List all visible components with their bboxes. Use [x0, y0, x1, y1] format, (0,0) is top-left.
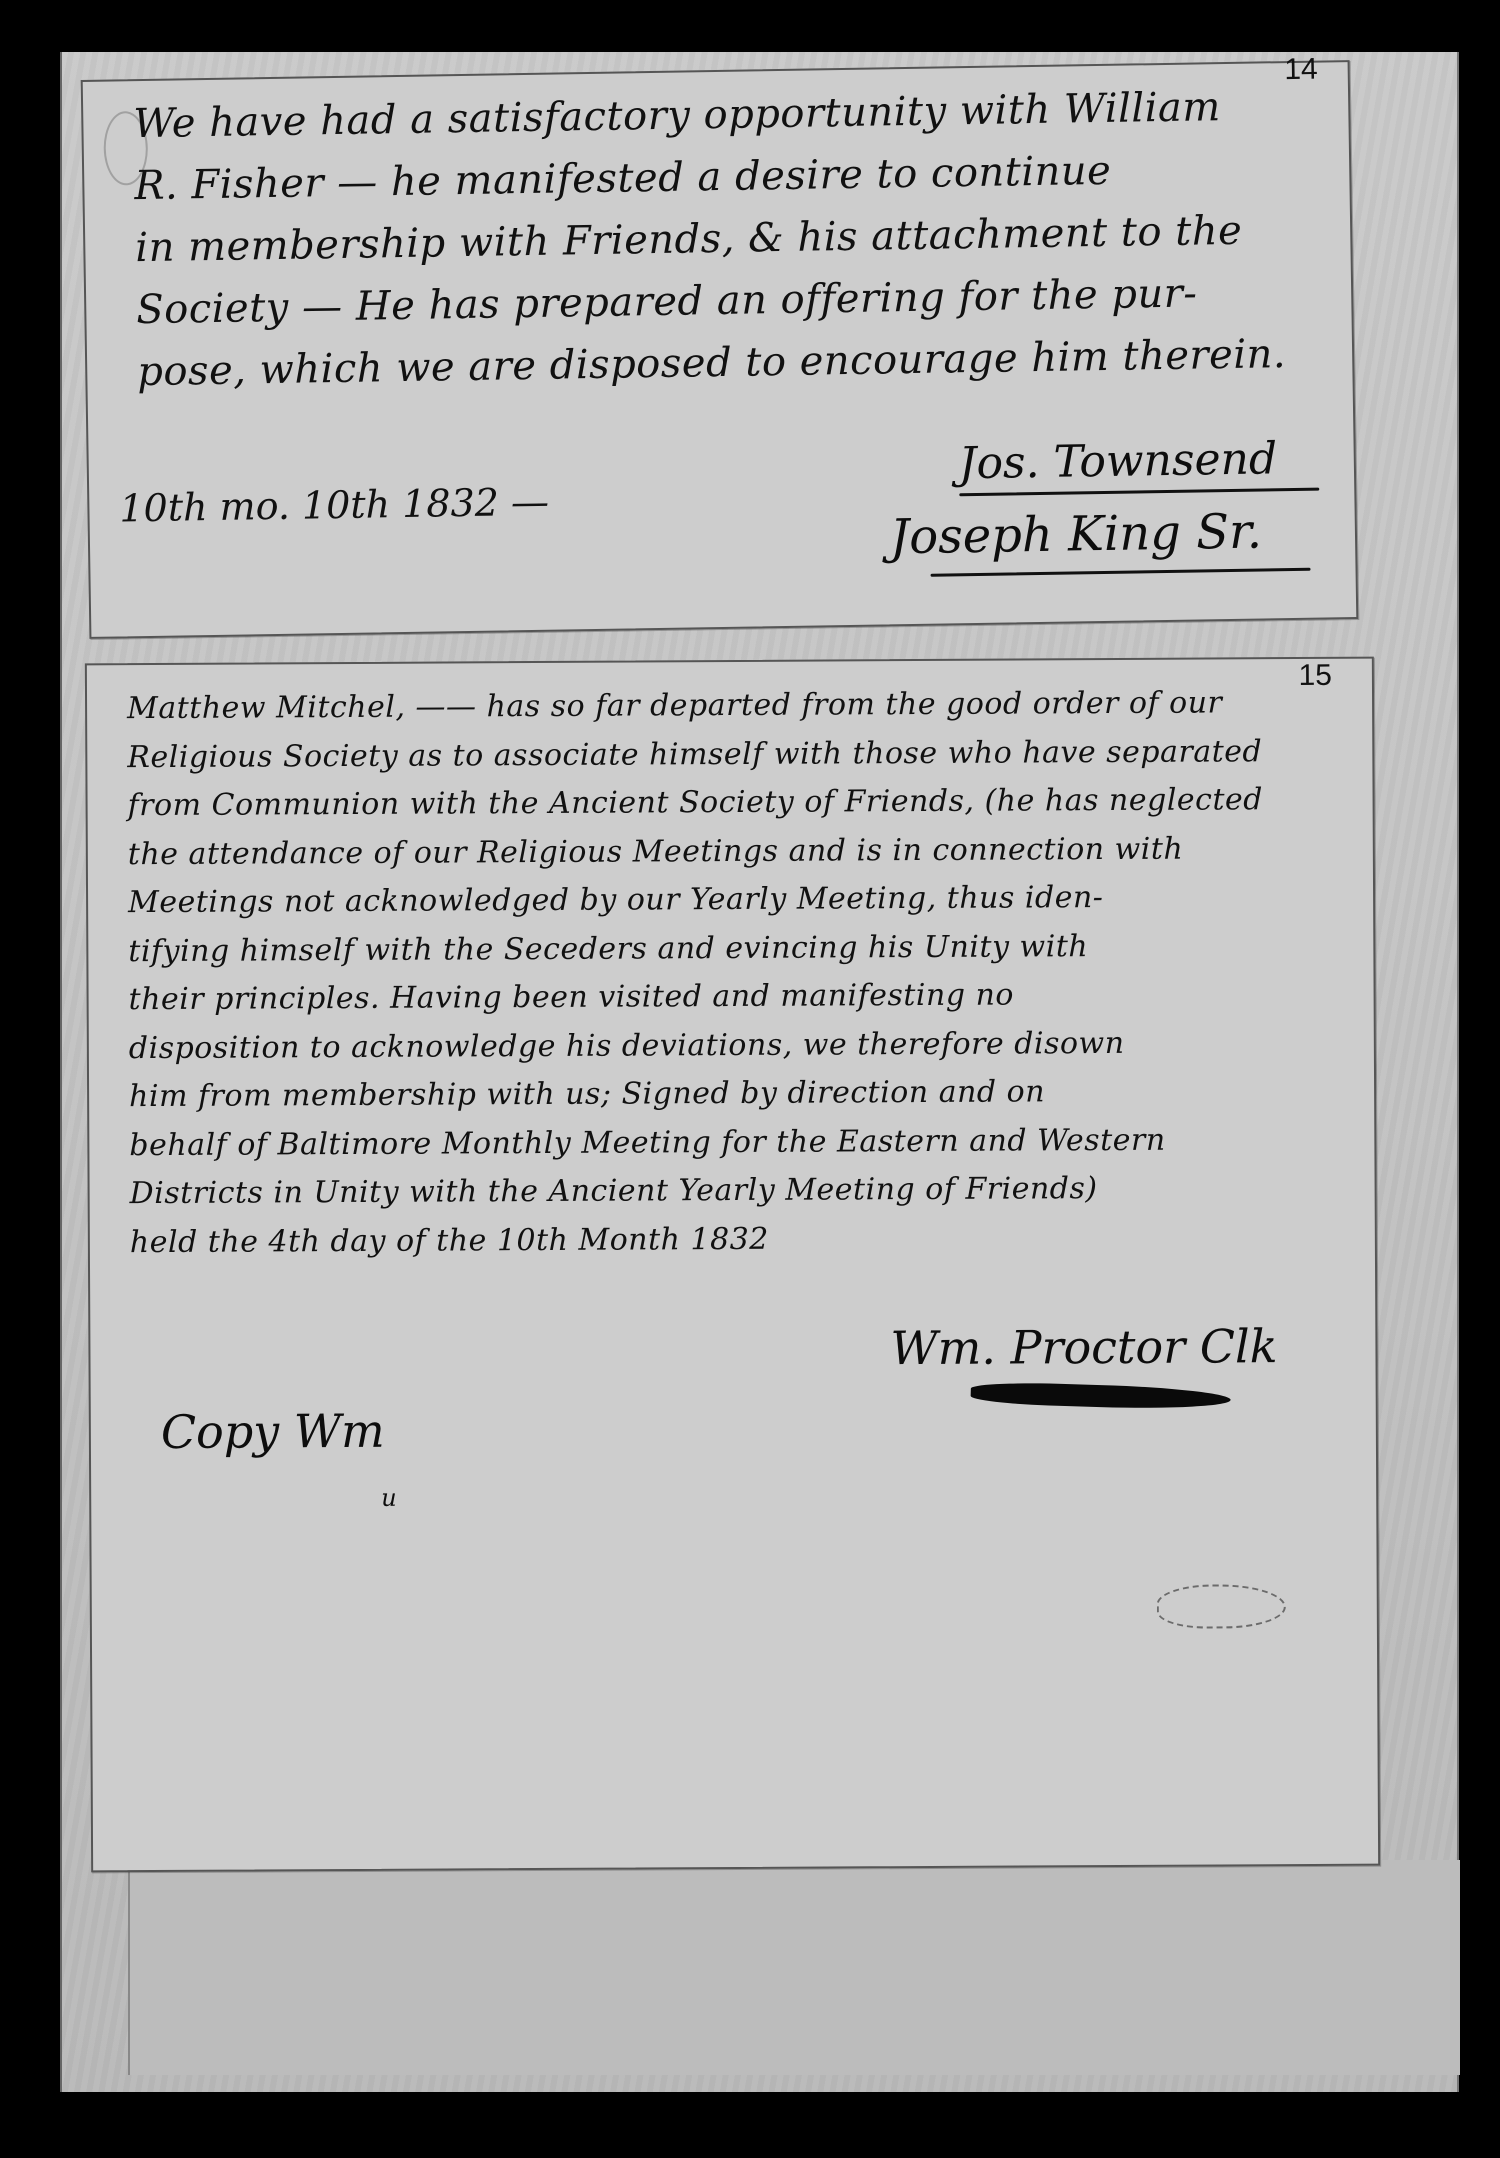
faded-stamp-outline — [1157, 1584, 1286, 1629]
copy-annotation: Copy Wm — [161, 1404, 385, 1459]
page-number: 15 — [1298, 659, 1332, 693]
text-line: Meetings not acknowledged by our Yearly … — [128, 873, 1264, 927]
text-line: tifying himself with the Seceders and ev… — [128, 922, 1264, 976]
signature-underline — [931, 568, 1311, 577]
signature-flourish — [970, 1381, 1231, 1411]
text-line: behalf of Baltimore Monthly Meeting for … — [129, 1116, 1265, 1170]
signature-king: Joseph King Sr. — [890, 504, 1263, 566]
text-line: Districts in Unity with the Ancient Year… — [129, 1164, 1265, 1218]
signature-underline — [959, 488, 1319, 497]
note-body: We have had a satisfactory opportunity w… — [133, 75, 1287, 403]
lower-paper-strip — [128, 1860, 1460, 2075]
note-body: Matthew Mitchel, —— has so far departed … — [127, 679, 1265, 1267]
text-line: the attendance of our Religious Meetings… — [128, 825, 1264, 879]
note-william-fisher: 14 We have had a satisfactory opportunit… — [81, 60, 1359, 639]
page-number: 14 — [1284, 53, 1318, 88]
text-line: disposition to acknowledge his deviation… — [129, 1019, 1265, 1073]
text-line: him from membership with us; Signed by d… — [129, 1067, 1265, 1121]
note-matthew-mitchel: 15 Matthew Mitchel, —— has so far depart… — [85, 657, 1380, 1873]
copy-mark: u — [381, 1484, 397, 1512]
note-date: 10th mo. 10th 1832 — — [119, 480, 549, 531]
text-line: held the 4th day of the 10th Month 1832 — [130, 1213, 1266, 1267]
text-line: from Communion with the Ancient Society … — [127, 776, 1263, 830]
signature-townsend: Jos. Townsend — [958, 433, 1277, 489]
text-line: Religious Society as to associate himsel… — [127, 728, 1263, 782]
text-line: Matthew Mitchel, —— has so far departed … — [127, 679, 1263, 733]
text-line: their principles. Having been visited an… — [128, 970, 1264, 1024]
signature-proctor: Wm. Proctor Clk — [890, 1319, 1277, 1375]
